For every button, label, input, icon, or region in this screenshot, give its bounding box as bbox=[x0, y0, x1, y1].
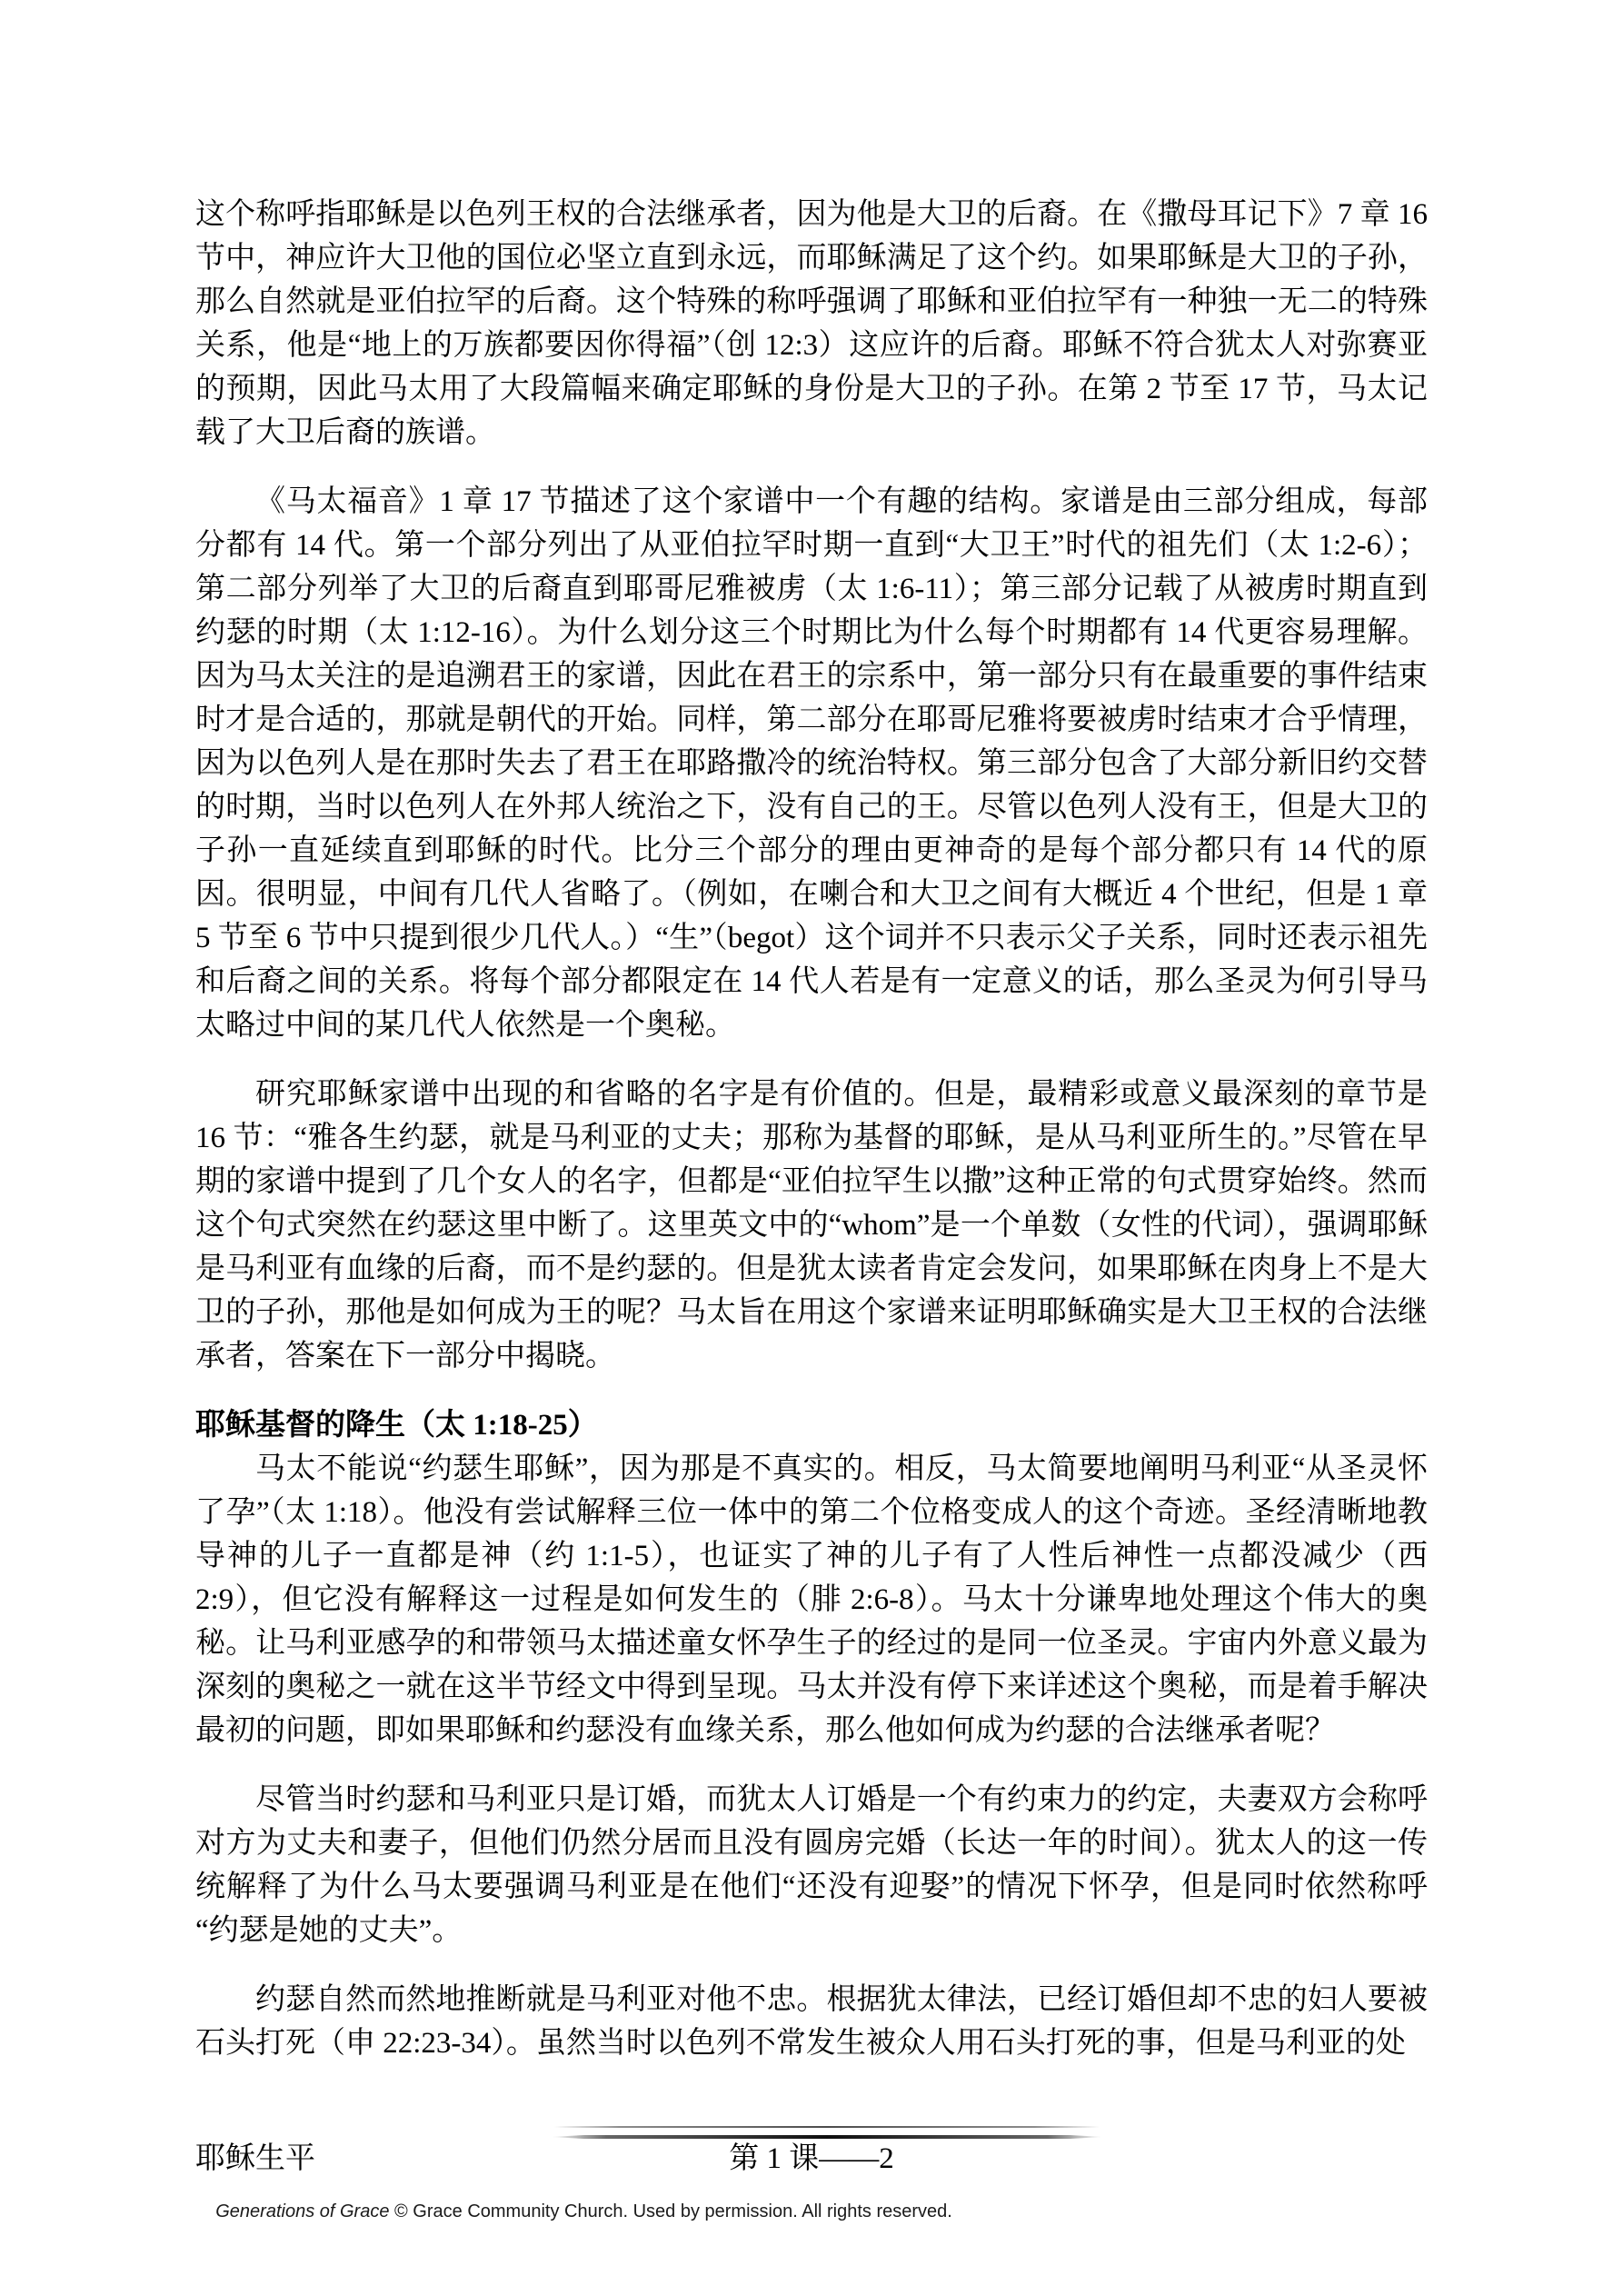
document-body: 这个称呼指耶稣是以色列王权的合法继承者，因为他是大卫的后裔。在《撒母耳记下》7 … bbox=[195, 193, 1428, 2091]
footer-divider-line-bottom bbox=[551, 2135, 1103, 2139]
body-paragraph: 这个称呼指耶稣是以色列王权的合法继承者，因为他是大卫的后裔。在《撒母耳记下》7 … bbox=[195, 193, 1428, 454]
footer-page-number: 第 1 课——2 bbox=[195, 2140, 1428, 2178]
body-paragraph: 研究耶稣家谱中出现的和省略的名字是有价值的。但是，最精彩或意义最深刻的章节是 1… bbox=[195, 1073, 1428, 1378]
body-paragraph: 《马太福音》1 章 17 节描述了这个家谱中一个有趣的结构。家谱是由三部分组成，… bbox=[195, 480, 1428, 1047]
section-heading: 耶稣基督的降生（太 1:18-25） bbox=[195, 1403, 1428, 1447]
footer-copyright: Generations of Grace © Grace Community C… bbox=[195, 2176, 952, 2247]
footer: 耶稣生平 第 1 课——2 bbox=[195, 2140, 1428, 2178]
footer-copyright-notice: © Grace Community Church. Used by permis… bbox=[389, 2201, 951, 2221]
footer-copyright-work-title: Generations of Grace bbox=[215, 2201, 389, 2221]
footer-divider-line-top bbox=[554, 2126, 1100, 2128]
document-page: 这个称呼指耶稣是以色列王权的合法继承者，因为他是大卫的后裔。在《撒母耳记下》7 … bbox=[0, 0, 1623, 2296]
body-paragraph: 约瑟自然而然地推断就是马利亚对他不忠。根据犹太律法，已经订婚但却不忠的妇人要被石… bbox=[195, 1978, 1428, 2065]
body-paragraph: 尽管当时约瑟和马利亚只是订婚，而犹太人订婚是一个有约束力的约定，夫妻双方会称呼对… bbox=[195, 1778, 1428, 1952]
body-paragraph: 马太不能说“约瑟生耶稣”，因为那是不真实的。相反，马太简要地阐明马利亚“从圣灵怀… bbox=[195, 1447, 1428, 1752]
